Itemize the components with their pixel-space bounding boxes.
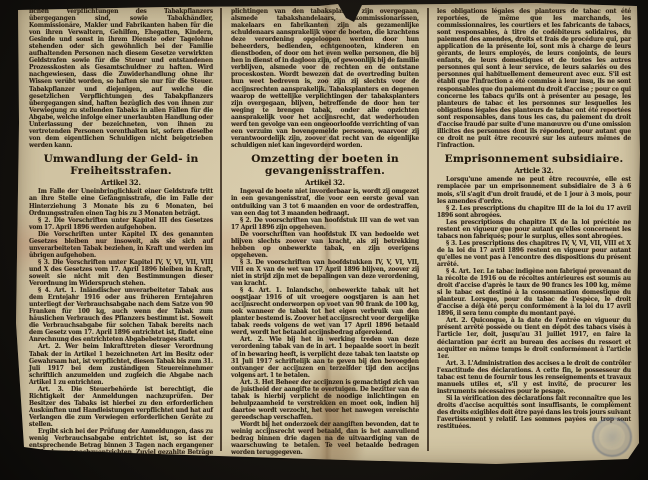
paragraph: Wordt bij het onderzoek der aangiften be… — [231, 421, 419, 456]
section-heading: Omzetting der boeten in gevangenisstraff… — [231, 153, 419, 177]
article-label: Artikel 32. — [29, 179, 213, 187]
paragraph: De voorschriften van hoofdstuk IX van be… — [231, 231, 419, 259]
intro-paragraph: les obligations légales des planteurs de… — [437, 8, 631, 149]
paragraph: Art. 2. Wie bij het in werking treden va… — [231, 336, 419, 378]
paragraph: Art. 3. Die Steuerbehörde ist berechtigt… — [29, 386, 213, 428]
column-dutch: plichtingen van den tabaksplanter zijn o… — [231, 8, 419, 456]
paragraph: Ergibt sich bei der Prüfung der Anmeldun… — [29, 428, 213, 463]
section-heading: Emprisonnement subsidiaire. — [437, 153, 631, 165]
article-label: Artikel 32. — [231, 179, 419, 187]
paragraph: Art. 3. Het Beheer der accijnzen is gema… — [231, 379, 419, 421]
paragraph: § 3. De voorschriften van hoofdstukken I… — [231, 259, 419, 287]
paragraph: Lorsqu'une amende ne peut être recouvrée… — [437, 176, 631, 204]
paragraph: Les prescriptions du chapitre IX de la l… — [437, 219, 631, 240]
column-divider — [427, 8, 429, 451]
paragraph: § 2. De voorschriften van hoofdstuk III … — [231, 217, 419, 231]
paragraph: Art. 2. Wer beim Inkrafttreten dieser Ve… — [29, 343, 213, 385]
paragraph: § 3. Les prescriptions des chapitres IV,… — [437, 240, 631, 268]
paragraph: Die Vorschriften unter Kapitel IX des ge… — [29, 231, 213, 259]
paragraph: § 3. Die Vorschriften unter Kapitel IV, … — [29, 259, 213, 287]
article-label: Article 32. — [437, 167, 631, 175]
paragraph: § 4. Art. 1er. Le tabac indigène non fab… — [437, 268, 631, 317]
column-french: les obligations légales des planteurs de… — [437, 8, 631, 430]
paragraph: Im Falle der Uneinbringlichkeit einer Ge… — [29, 188, 213, 216]
column-german: lichen Verpflichtungen des Tabakpflanzer… — [29, 8, 213, 463]
section-heading: Umwandlung der Geld- in Freiheitsstrafen… — [29, 153, 213, 177]
paragraph: Ingeval de boete niet invorderbaar is, w… — [231, 188, 419, 216]
paragraph: § 4. Art. 1. Inlandsche, onbewerkte taba… — [231, 287, 419, 336]
intro-paragraph: plichtingen van den tabaksplanter zijn o… — [231, 8, 419, 149]
paragraph: Art. 3. L'Administration des accises a l… — [437, 360, 631, 395]
round-ink-stamp — [592, 417, 632, 457]
photograph-background: lichen Verpflichtungen des Tabakpflanzer… — [0, 0, 648, 480]
poster-paper: lichen Verpflichtungen des Tabakpflanzer… — [16, 3, 640, 465]
paragraph: § 2. Les prescriptions du chapitre III d… — [437, 205, 631, 219]
paragraph: § 4. Art. 1. Inländischer unverarbeitete… — [29, 287, 213, 343]
intro-paragraph: lichen Verpflichtungen des Tabakpflanzer… — [29, 8, 213, 149]
paragraph: § 2. Die Vorschriften unter Kapitel III … — [29, 217, 213, 231]
column-divider — [220, 8, 222, 451]
paragraph: Art. 2. Quiconque, à la date de l'entrée… — [437, 317, 631, 359]
